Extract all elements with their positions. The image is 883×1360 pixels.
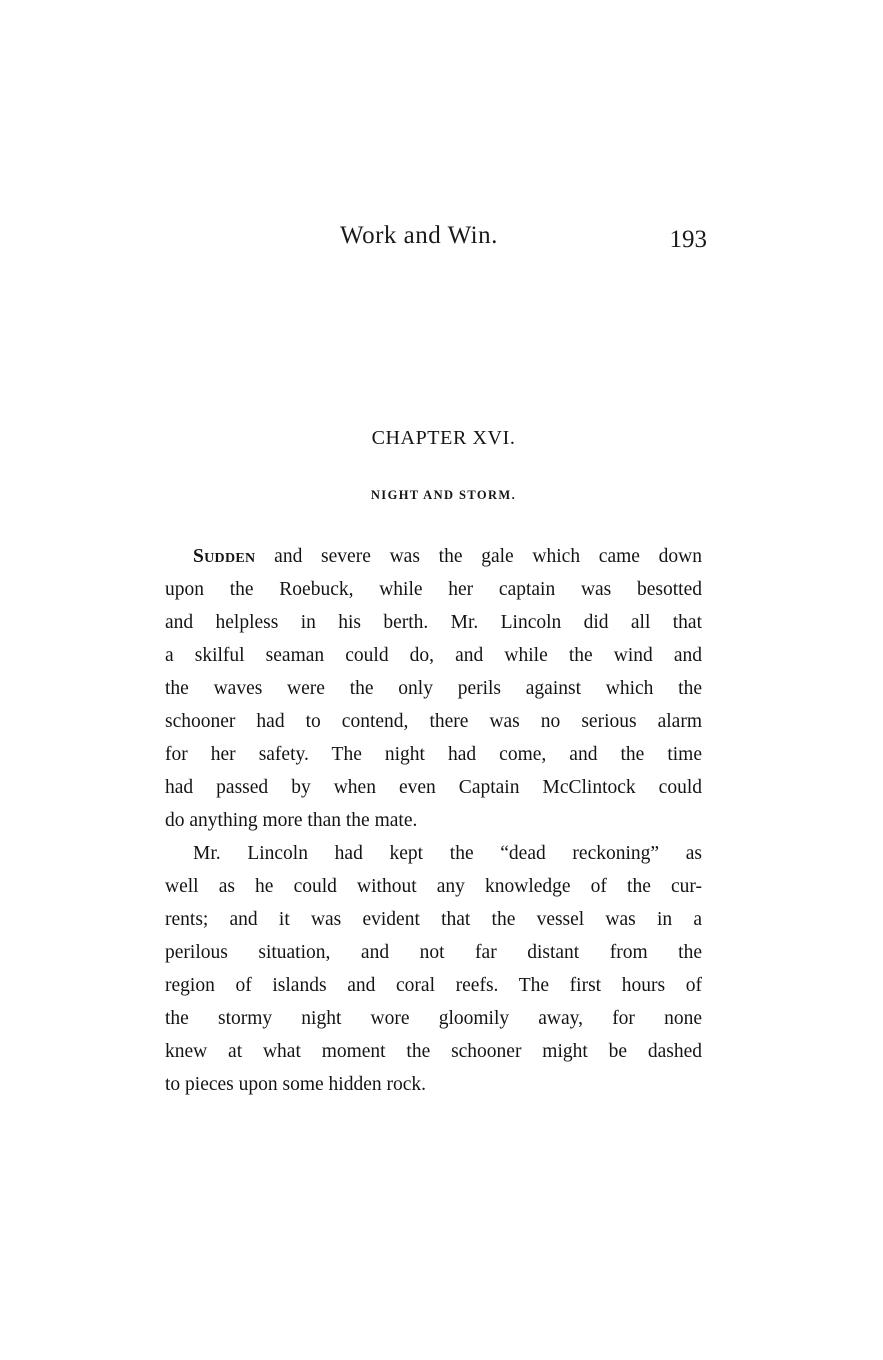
- paragraph-2: Mr. Lincoln had kept the “dead reckoning…: [165, 837, 702, 1101]
- text-line: had passed by when even Captain McClinto…: [165, 771, 702, 804]
- running-title: Work and Win.: [340, 222, 498, 250]
- text-line: rents; and it was evident that the vesse…: [165, 903, 702, 936]
- text-line: region of islands and coral reefs. The f…: [165, 969, 702, 1002]
- text-line: schooner had to contend, there was no se…: [165, 705, 702, 738]
- text-line: for her safety. The night had come, and …: [165, 738, 702, 771]
- text-line: Sudden and severe was the gale which cam…: [165, 540, 702, 573]
- body-text: Sudden and severe was the gale which cam…: [165, 540, 702, 1101]
- lead-smallcaps: Sudden: [193, 546, 255, 567]
- text-line: to pieces upon some hidden rock.: [165, 1068, 702, 1101]
- text-line: do anything more than the mate.: [165, 804, 702, 837]
- running-head: Work and Win. 193: [340, 222, 710, 262]
- text-line: well as he could without any knowledge o…: [165, 870, 702, 903]
- text-line: Mr. Lincoln had kept the “dead reckoning…: [165, 837, 702, 870]
- text-line: a skilful seaman could do, and while the…: [165, 639, 702, 672]
- text-line: upon the Roebuck, while her captain was …: [165, 573, 702, 606]
- chapter-title: CHAPTER XVI.: [0, 427, 883, 450]
- text-line: the waves were the only perils against w…: [165, 672, 702, 705]
- text-line: knew at what moment the schooner might b…: [165, 1035, 702, 1068]
- text-line: perilous situation, and not far distant …: [165, 936, 702, 969]
- paragraph-1: Sudden and severe was the gale which cam…: [165, 540, 702, 837]
- page-number: 193: [670, 226, 708, 254]
- text-line: and helpless in his berth. Mr. Lincoln d…: [165, 606, 702, 639]
- chapter-subtitle: NIGHT AND STORM.: [0, 488, 883, 503]
- text-line: the stormy night wore gloomily away, for…: [165, 1002, 702, 1035]
